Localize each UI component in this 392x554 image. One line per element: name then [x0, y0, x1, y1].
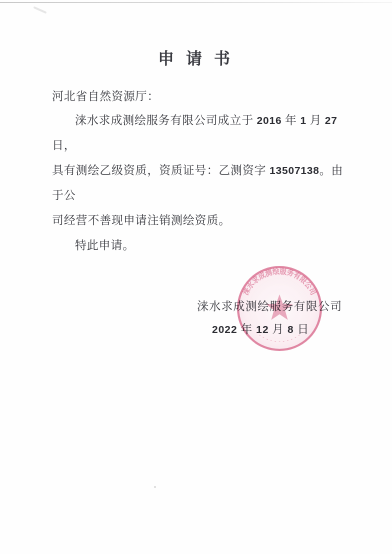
cjk-text: 月	[306, 115, 324, 127]
cjk-text: 月	[269, 324, 288, 336]
document-page: 申 请 书 河北省自然资源厅： 涞水求成测绘服务有限公司成立于 2016 年 1…	[0, 0, 392, 554]
numeric-text: 12	[256, 324, 269, 336]
cjk-text: 特此申请。	[75, 240, 135, 252]
body-paragraphs: 涞水求成测绘服务有限公司成立于 2016 年 1 月 27 日， 具有测绘乙级资…	[52, 109, 350, 259]
signature-company-name: 涞水求成测绘服务有限公司	[197, 298, 342, 314]
cjk-text: 司经营不善现申请注销测绘资质。	[52, 215, 231, 227]
scan-speck	[154, 486, 156, 488]
scan-top-edge	[0, 2, 392, 3]
body-line-3: 司经营不善现申请注销测绘资质。	[52, 209, 350, 234]
cjk-text: 涞水求成测绘服务有限公司成立于	[75, 115, 257, 127]
body-line-1: 涞水求成测绘服务有限公司成立于 2016 年 1 月 27 日，	[52, 109, 350, 159]
scan-smudge	[33, 6, 47, 14]
salutation: 河北省自然资源厅：	[52, 88, 159, 104]
document-title: 申 请 书	[0, 46, 392, 69]
closing-line: 特此申请。	[52, 234, 350, 259]
numeric-text: 13507138	[269, 165, 319, 177]
numeric-text: 2016	[257, 115, 282, 127]
cjk-text: 日，	[52, 140, 76, 152]
cjk-text: 年	[282, 115, 300, 127]
cjk-text: 具有测绘乙级资质，资质证号：乙测资字	[52, 165, 269, 177]
numeric-text: 27	[325, 115, 337, 127]
seal-arc-text: 涞水求成测绘服务有限公司	[240, 266, 319, 297]
cjk-text: 日	[294, 324, 309, 336]
body-line-2: 具有测绘乙级资质，资质证号：乙测资字 13507138。由于公	[52, 159, 350, 209]
cjk-text: 年	[237, 324, 256, 336]
numeric-text: 2022	[212, 324, 237, 336]
signature-date: 2022 年 12 月 8 日	[212, 321, 309, 337]
